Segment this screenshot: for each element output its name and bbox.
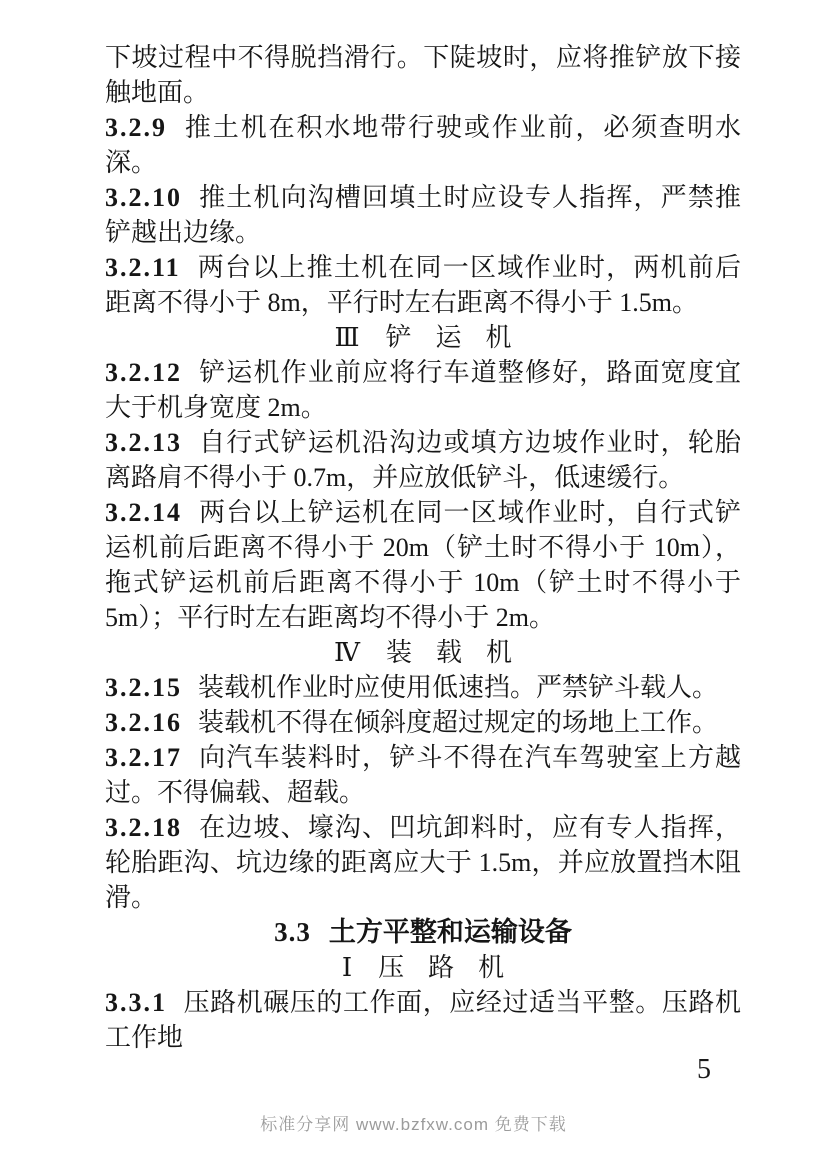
clause-number: 3.2.13 <box>105 428 182 457</box>
clause-text: 压路机碾压的工作面，应经过适当平整。压路机工作地 <box>105 988 741 1052</box>
clause-3-2-9: 3.2.9推土机在积水地带行驶或作业前，必须查明水深。 <box>105 110 741 180</box>
clause-number: 3.2.15 <box>105 673 182 702</box>
clause-text: 两台以上推土机在同一区域作业时，两机前后距离不得小于 8m，平行时左右距离不得小… <box>105 253 741 317</box>
clause-number: 3.2.12 <box>105 358 182 387</box>
clause-3-3-1: 3.3.1压路机碾压的工作面，应经过适当平整。压路机工作地 <box>105 985 741 1055</box>
clause-3-2-11: 3.2.11两台以上推土机在同一区域作业时，两机前后距离不得小于 8m，平行时左… <box>105 250 741 320</box>
scanned-document-page: { "page": { "page_number": "5", "waterma… <box>0 0 827 1152</box>
clause-number: 3.2.18 <box>105 813 182 842</box>
page-number: 5 <box>697 1054 711 1086</box>
subheading-label: 装载机 <box>386 638 536 667</box>
document-body: 下坡过程中不得脱挡滑行。下陡坡时，应将推铲放下接触地面。 3.2.9推土机在积水… <box>105 40 741 1055</box>
clause-number: 3.2.14 <box>105 498 182 527</box>
paragraph-continuation: 下坡过程中不得脱挡滑行。下陡坡时，应将推铲放下接触地面。 <box>105 40 741 110</box>
section-title: 土方平整和运输设备 <box>329 917 572 947</box>
clause-text: 推土机在积水地带行驶或作业前，必须查明水深。 <box>105 113 741 177</box>
clause-text: 向汽车装料时，铲斗不得在汽车驾驶室上方越过。不得偏载、超载。 <box>105 743 741 807</box>
clause-3-2-10: 3.2.10推土机向沟槽回填土时应设专人指挥，严禁推铲越出边缘。 <box>105 180 741 250</box>
clause-number: 3.2.11 <box>105 253 181 282</box>
clause-text: 装载机不得在倾斜度超过规定的场地上工作。 <box>198 708 718 737</box>
clause-text: 两台以上铲运机在同一区域作业时，自行式铲运机前后距离不得小于 20m（铲土时不得… <box>105 498 741 632</box>
clause-3-2-18: 3.2.18在边坡、壕沟、凹坑卸料时，应有专人指挥，轮胎距沟、坑边缘的距离应大于… <box>105 810 741 915</box>
clause-3-2-16: 3.2.16装载机不得在倾斜度超过规定的场地上工作。 <box>105 705 741 740</box>
subheading-numeral: Ⅰ <box>342 953 352 982</box>
section-heading-3-3: 3.3土方平整和运输设备 <box>105 915 741 950</box>
clause-3-2-15: 3.2.15装载机作业时应使用低速挡。严禁铲斗载人。 <box>105 670 741 705</box>
clause-text: 自行式铲运机沿沟边或填方边坡作业时，轮胎离路肩不得小于 0.7m，并应放低铲斗，… <box>105 428 741 492</box>
subheading-loader: Ⅳ装载机 <box>105 635 741 670</box>
clause-3-2-13: 3.2.13自行式铲运机沿沟边或填方边坡作业时，轮胎离路肩不得小于 0.7m，并… <box>105 425 741 495</box>
clause-text: 铲运机作业前应将行车道整修好，路面宽度宜大于机身宽度 2m。 <box>105 358 741 422</box>
clause-number: 3.2.17 <box>105 743 182 772</box>
subheading-label: 压路机 <box>378 953 528 982</box>
subheading-numeral: Ⅳ <box>334 638 360 667</box>
clause-number: 3.2.16 <box>105 708 182 737</box>
clause-number: 3.3.1 <box>105 988 167 1017</box>
watermark-text: 标准分享网 www.bzfxw.com 免费下载 <box>0 1110 827 1135</box>
section-number: 3.3 <box>274 917 311 947</box>
clause-text: 装载机作业时应使用低速挡。严禁铲斗载人。 <box>198 673 718 702</box>
clause-text: 在边坡、壕沟、凹坑卸料时，应有专人指挥，轮胎距沟、坑边缘的距离应大于 1.5m，… <box>105 813 741 912</box>
clause-number: 3.2.9 <box>105 113 167 142</box>
clause-3-2-12: 3.2.12铲运机作业前应将行车道整修好，路面宽度宜大于机身宽度 2m。 <box>105 355 741 425</box>
clause-3-2-14: 3.2.14两台以上铲运机在同一区域作业时，自行式铲运机前后距离不得小于 20m… <box>105 495 741 635</box>
subheading-scraper: Ⅲ铲运机 <box>105 320 741 355</box>
subheading-numeral: Ⅲ <box>334 323 359 352</box>
clause-number: 3.2.10 <box>105 183 182 212</box>
subheading-roller: Ⅰ压路机 <box>105 950 741 985</box>
clause-3-2-17: 3.2.17向汽车装料时，铲斗不得在汽车驾驶室上方越过。不得偏载、超载。 <box>105 740 741 810</box>
clause-text: 推土机向沟槽回填土时应设专人指挥，严禁推铲越出边缘。 <box>105 183 741 247</box>
subheading-label: 铲运机 <box>386 323 536 352</box>
